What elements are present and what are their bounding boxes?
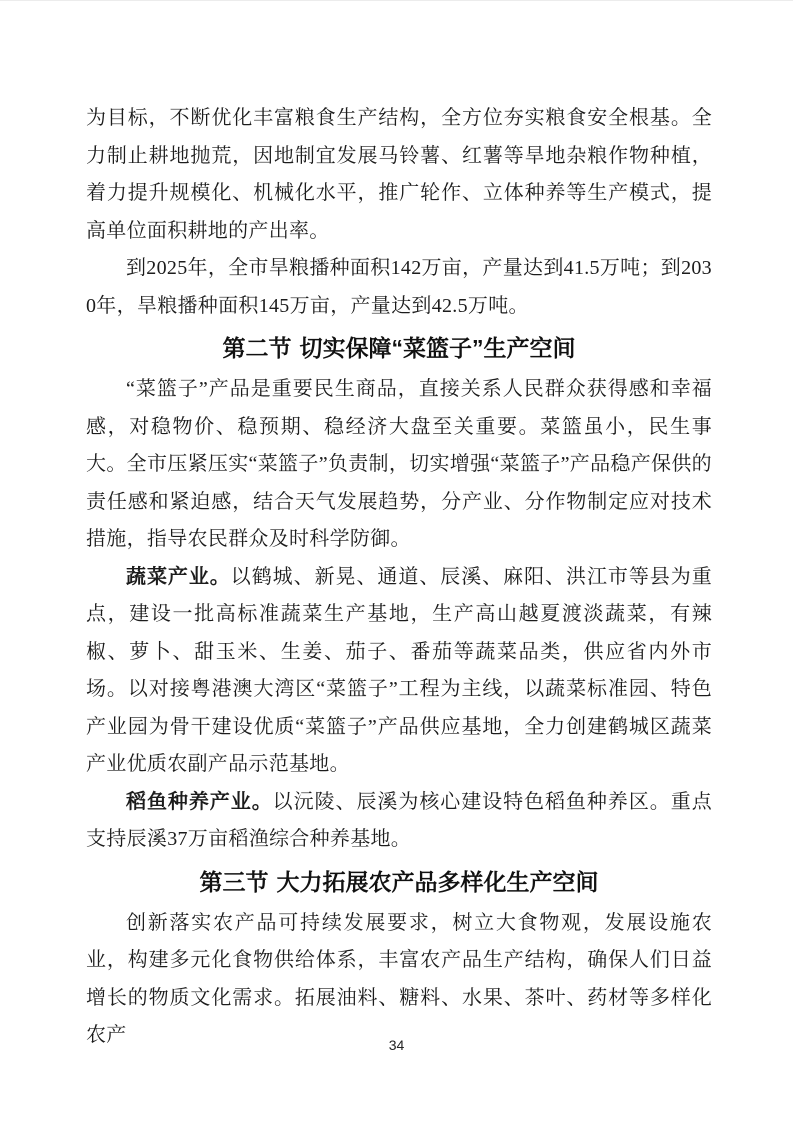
section-2-title: 切实保障“菜篮子”生产空间 (300, 335, 576, 361)
document-page: 为目标，不断优化丰富粮食生产结构，全方位夯实粮食安全根基。全力制止耕地抛荒，因地… (0, 0, 793, 1122)
paragraph-vegetable-industry-text: 以鹤城、新晃、通道、辰溪、麻阳、洪江市等县为重点，建设一批高标准蔬菜生产基地，生… (86, 566, 712, 776)
paragraph-vegetable-industry: 蔬菜产业。以鹤城、新晃、通道、辰溪、麻阳、洪江市等县为重点，建设一批高标准蔬菜生… (86, 559, 712, 784)
paragraph-diversified-products: 创新落实农产品可持续发展要求，树立大食物观，发展设施农业，构建多元化食物供给体系… (86, 905, 712, 1055)
page-content: 为目标，不断优化丰富粮食生产结构，全方位夯实粮食安全根基。全力制止耕地抛荒，因地… (86, 100, 712, 1055)
paragraph-grain-production: 为目标，不断优化丰富粮食生产结构，全方位夯实粮食安全根基。全力制止耕地抛荒，因地… (86, 100, 712, 250)
section-3-label: 第三节 (199, 869, 268, 895)
paragraph-grain-targets: 到2025年，全市旱粮播种面积142万亩，产量达到41.5万吨；到2030年，旱… (86, 250, 712, 325)
paragraph-vegetable-basket-intro: “菜篮子”产品是重要民生商品，直接关系人民群众获得感和幸福感，对稳物价、稳预期、… (86, 371, 712, 559)
run-in-heading-rice-fish-industry: 稻鱼种养产业。 (126, 791, 273, 813)
section-heading-2: 第二节切实保障“菜篮子”生产空间 (86, 327, 712, 369)
run-in-heading-vegetable-industry: 蔬菜产业。 (126, 566, 231, 588)
section-2-label: 第二节 (222, 335, 291, 361)
section-heading-3: 第三节大力拓展农产品多样化生产空间 (86, 861, 712, 903)
page-number: 34 (0, 1037, 793, 1053)
paragraph-rice-fish-industry: 稻鱼种养产业。以沅陵、辰溪为核心建设特色稻鱼种养区。重点支持辰溪37万亩稻渔综合… (86, 784, 712, 859)
section-3-title: 大力拓展农产品多样化生产空间 (277, 869, 599, 895)
